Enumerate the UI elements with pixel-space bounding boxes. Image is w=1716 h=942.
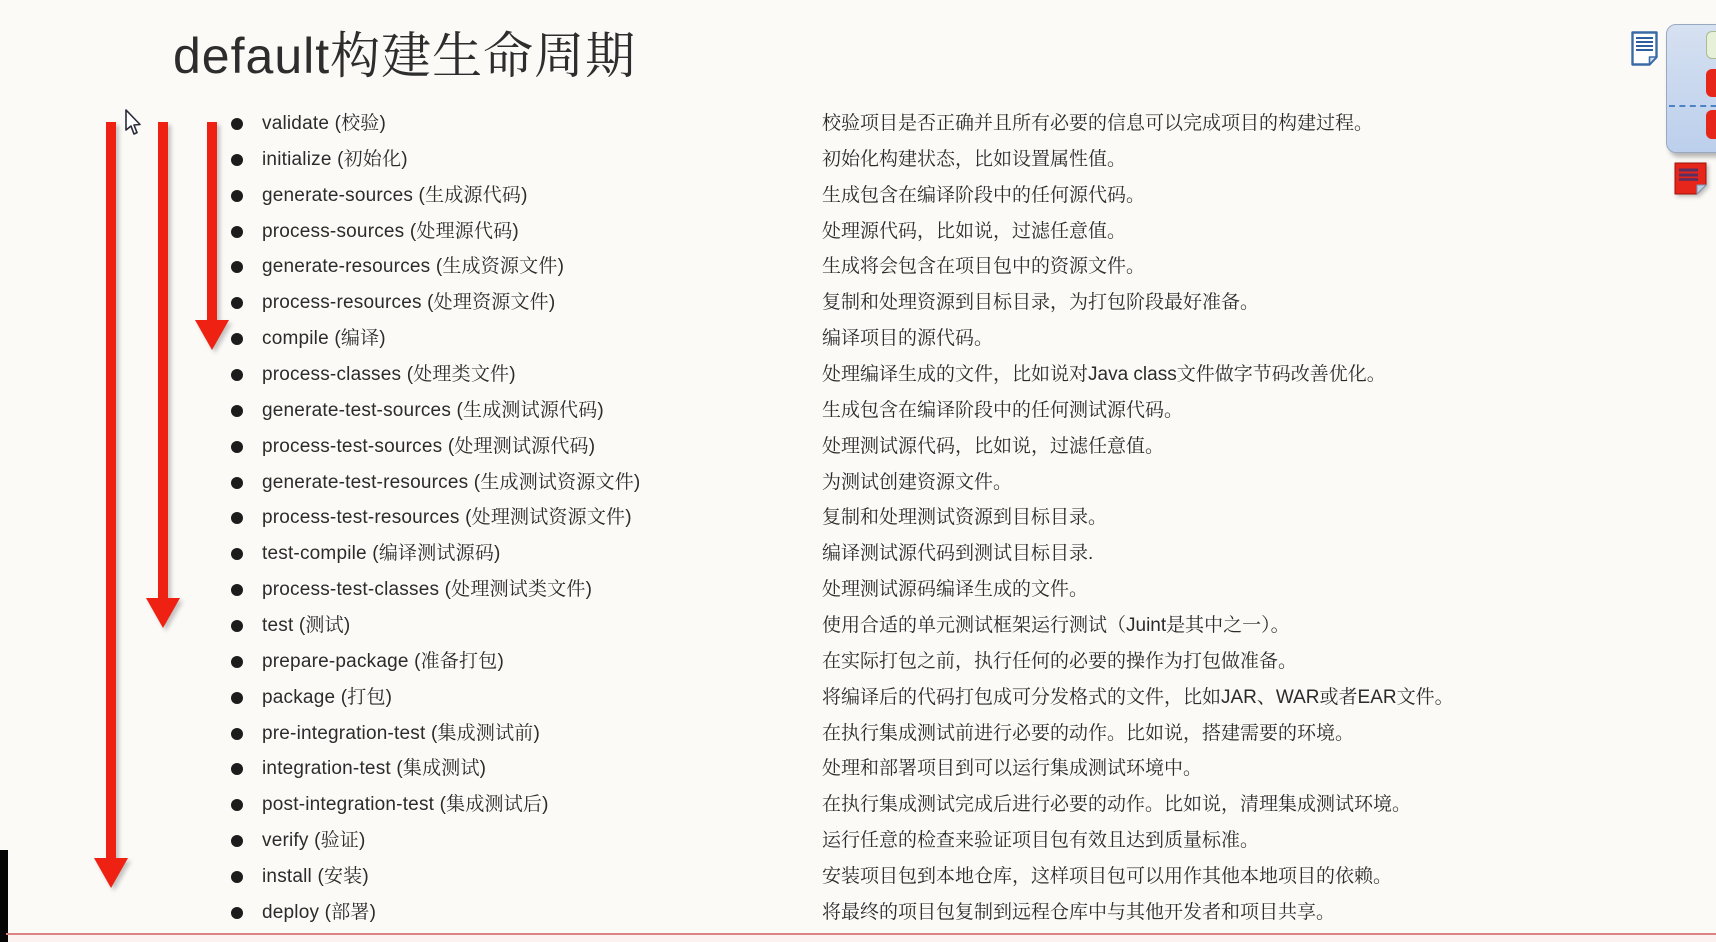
bullet-icon: [231, 369, 243, 381]
phase-row: process-test-sources (处理测试源代码) 处理测试源代码，比…: [0, 429, 1716, 465]
bullet-icon: [231, 261, 243, 273]
phase-description: 处理源代码，比如说，过滤任意值。: [822, 214, 1126, 250]
phase-description: 运行任意的检查来验证项目包有效且达到质量标准。: [822, 823, 1259, 859]
phase-description: 初始化构建状态，比如设置属性值。: [822, 142, 1126, 178]
phase-row: generate-test-resources (生成测试资源文件) 为测试创建…: [0, 465, 1716, 501]
phase-label: verify (验证): [262, 823, 366, 859]
phase-label: package (打包): [262, 680, 392, 716]
phase-label: generate-test-sources (生成测试源代码): [262, 393, 604, 429]
phase-row: test-compile (编译测试源码) 编译测试源代码到测试目标目录.: [0, 536, 1716, 572]
bullet-icon: [231, 584, 243, 596]
phase-label: generate-sources (生成源代码): [262, 178, 528, 214]
phase-row: validate (校验) 校验项目是否正确并且所有必要的信息可以完成项目的构建…: [0, 106, 1716, 142]
bullet-icon: [231, 799, 243, 811]
phase-row: process-classes (处理类文件) 处理编译生成的文件，比如说对Ja…: [0, 357, 1716, 393]
presentation-slide: default构建生命周期 validate (校验) 校验项目是否正确并且所有…: [0, 0, 1716, 942]
phase-description: 生成包含在编译阶段中的任何测试源代码。: [822, 393, 1183, 429]
phase-label: initialize (初始化): [262, 142, 408, 178]
bullet-icon: [231, 763, 243, 775]
phase-row: initialize (初始化) 初始化构建状态，比如设置属性值。: [0, 142, 1716, 178]
bullet-icon: [231, 190, 243, 202]
phase-label: test (测试): [262, 608, 350, 644]
phase-row: post-integration-test (集成测试后) 在执行集成测试完成后…: [0, 787, 1716, 823]
phase-description: 复制和处理资源到目标目录，为打包阶段最好准备。: [822, 285, 1259, 321]
bullet-icon: [231, 226, 243, 238]
phase-row: compile (编译) 编译项目的源代码。: [0, 321, 1716, 357]
phase-label: validate (校验): [262, 106, 386, 142]
bottom-strip: [8, 935, 1716, 942]
notes-document-icon: [1631, 31, 1658, 66]
phase-row: prepare-package (准备打包) 在实际打包之前，执行任何的必要的操…: [0, 644, 1716, 680]
phase-description: 使用合适的单元测试框架运行测试（Juint是其中之一）。: [822, 608, 1290, 644]
phase-label: prepare-package (准备打包): [262, 644, 504, 680]
bullet-icon: [231, 512, 243, 524]
bullet-icon: [231, 907, 243, 919]
phase-description: 复制和处理测试资源到目标目录。: [822, 500, 1107, 536]
phase-description: 在执行集成测试完成后进行必要的动作。比如说，清理集成测试环境。: [822, 787, 1411, 823]
phase-description: 在执行集成测试前进行必要的动作。比如说，搭建需要的环境。: [822, 716, 1354, 752]
phase-label: post-integration-test (集成测试后): [262, 787, 549, 823]
phase-label: process-test-sources (处理测试源代码): [262, 429, 595, 465]
bullet-icon: [231, 656, 243, 668]
bullet-icon: [231, 154, 243, 166]
phase-label: compile (编译): [262, 321, 386, 357]
phase-description: 处理编译生成的文件，比如说对Java class文件做字节码改善优化。: [822, 357, 1386, 393]
panel-node-green: [1706, 31, 1716, 59]
phase-label: integration-test (集成测试): [262, 751, 486, 787]
phase-label: install (安装): [262, 859, 369, 895]
phase-description: 为测试创建资源文件。: [822, 465, 1012, 501]
phase-label: process-test-resources (处理测试资源文件): [262, 500, 632, 536]
phase-row: process-test-resources (处理测试资源文件) 复制和处理测…: [0, 500, 1716, 536]
phase-description: 将最终的项目包复制到远程仓库中与其他开发者和项目共享。: [822, 895, 1335, 931]
phase-row: package (打包) 将编译后的代码打包成可分发格式的文件，比如JAR、WA…: [0, 680, 1716, 716]
phase-label: generate-resources (生成资源文件): [262, 249, 564, 285]
phase-row: test (测试) 使用合适的单元测试框架运行测试（Juint是其中之一）。: [0, 608, 1716, 644]
phase-row: process-resources (处理资源文件) 复制和处理资源到目标目录，…: [0, 285, 1716, 321]
phase-description: 生成将会包含在项目包中的资源文件。: [822, 249, 1145, 285]
bullet-icon: [231, 620, 243, 632]
phase-description: 处理和部署项目到可以运行集成测试环境中。: [822, 751, 1202, 787]
red-document-icon: [1674, 162, 1707, 195]
bullet-icon: [231, 835, 243, 847]
phase-row: pre-integration-test (集成测试前) 在执行集成测试前进行必…: [0, 716, 1716, 752]
phase-description: 处理测试源码编译生成的文件。: [822, 572, 1088, 608]
phase-row: verify (验证) 运行任意的检查来验证项目包有效且达到质量标准。: [0, 823, 1716, 859]
bullet-icon: [231, 548, 243, 560]
bullet-icon: [231, 477, 243, 489]
phase-row: generate-resources (生成资源文件) 生成将会包含在项目包中的…: [0, 249, 1716, 285]
phase-row: deploy (部署) 将最终的项目包复制到远程仓库中与其他开发者和项目共享。: [0, 895, 1716, 931]
bullet-icon: [231, 441, 243, 453]
phase-row: generate-sources (生成源代码) 生成包含在编译阶段中的任何源代…: [0, 178, 1716, 214]
phase-label: deploy (部署): [262, 895, 376, 931]
phase-label: process-resources (处理资源文件): [262, 285, 555, 321]
phase-label: process-sources (处理源代码): [262, 214, 519, 250]
phase-description: 安装项目包到本地仓库，这样项目包可以用作其他本地项目的依赖。: [822, 859, 1392, 895]
phase-description: 校验项目是否正确并且所有必要的信息可以完成项目的构建过程。: [822, 106, 1373, 142]
bullet-icon: [231, 405, 243, 417]
phase-row: integration-test (集成测试) 处理和部署项目到可以运行集成测试…: [0, 751, 1716, 787]
slide-title: default构建生命周期: [173, 26, 636, 86]
phase-label: generate-test-resources (生成测试资源文件): [262, 465, 640, 501]
phase-label: test-compile (编译测试源码): [262, 536, 501, 572]
phase-description: 在实际打包之前，执行任何的必要的操作为打包做准备。: [822, 644, 1297, 680]
bullet-icon: [231, 333, 243, 345]
bullet-icon: [231, 871, 243, 883]
phase-description: 生成包含在编译阶段中的任何源代码。: [822, 178, 1145, 214]
bullet-icon: [231, 118, 243, 130]
panel-dashed-divider: [1669, 105, 1716, 107]
panel-node-red-1: [1706, 69, 1716, 97]
bullet-icon: [231, 692, 243, 704]
lifecycle-panel-thumbnail: [1666, 24, 1716, 153]
bullet-icon: [231, 728, 243, 740]
mouse-cursor-icon: [125, 109, 145, 137]
phase-row: process-test-classes (处理测试类文件) 处理测试源码编译生…: [0, 572, 1716, 608]
bullet-icon: [231, 297, 243, 309]
phase-description: 将编译后的代码打包成可分发格式的文件，比如JAR、WAR或者EAR文件。: [822, 680, 1454, 716]
phase-description: 处理测试源代码，比如说，过滤任意值。: [822, 429, 1164, 465]
phase-list: validate (校验) 校验项目是否正确并且所有必要的信息可以完成项目的构建…: [0, 106, 1716, 931]
phase-row: process-sources (处理源代码) 处理源代码，比如说，过滤任意值。: [0, 214, 1716, 250]
phase-label: pre-integration-test (集成测试前): [262, 716, 540, 752]
phase-row: install (安装) 安装项目包到本地仓库，这样项目包可以用作其他本地项目的…: [0, 859, 1716, 895]
panel-node-red-2: [1706, 110, 1716, 139]
phase-row: generate-test-sources (生成测试源代码) 生成包含在编译阶…: [0, 393, 1716, 429]
phase-label: process-classes (处理类文件): [262, 357, 516, 393]
screen-edge-bar: [0, 850, 8, 942]
phase-description: 编译测试源代码到测试目标目录.: [822, 536, 1093, 572]
phase-description: 编译项目的源代码。: [822, 321, 993, 357]
phase-label: process-test-classes (处理测试类文件): [262, 572, 592, 608]
